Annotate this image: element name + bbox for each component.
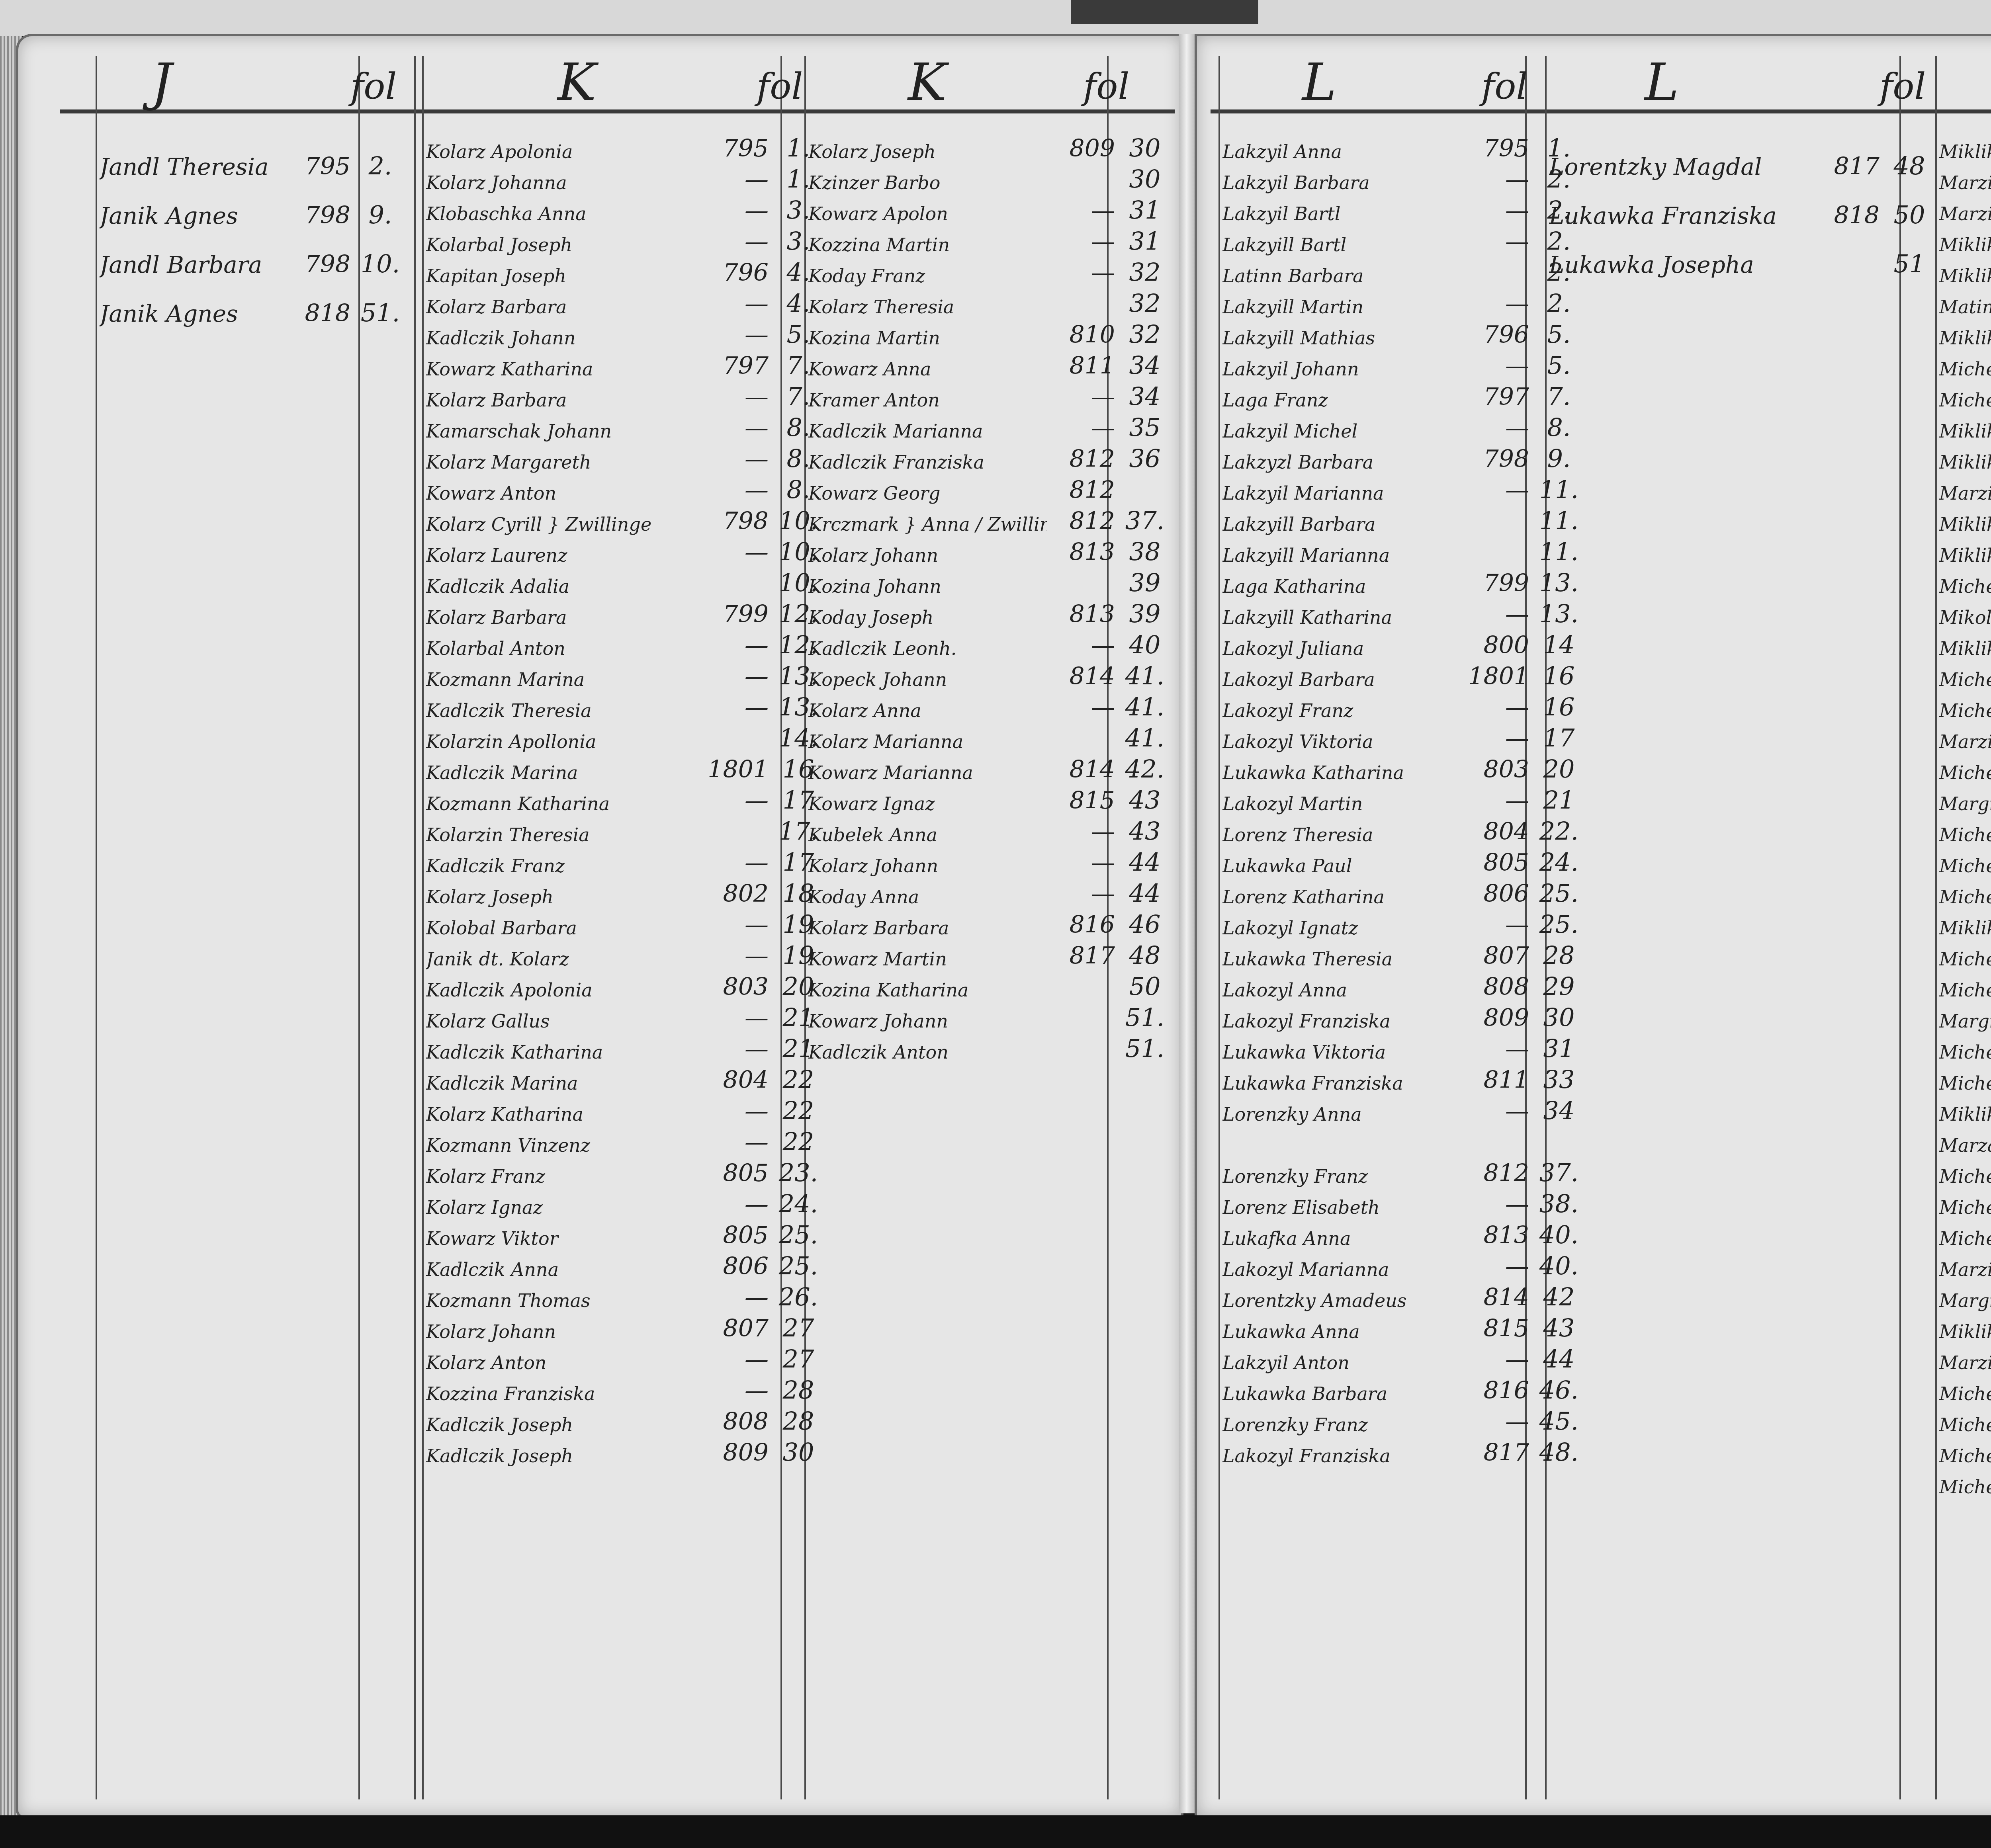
register-entry: Miklik Marina80422	[1939, 908, 1991, 939]
entry-folio: 38	[1115, 537, 1175, 566]
entry-folio: 41.	[1115, 692, 1175, 721]
entry-folio: 42	[1529, 1282, 1589, 1311]
entry-name: Kadlczik Apolonia	[426, 979, 701, 1001]
column-k1-entries: Kolarz Apolonia7951.Kolarz Johanna—1.Klo…	[426, 131, 828, 1467]
entry-name: Lukafka Anna	[1222, 1228, 1461, 1249]
entry-folio: 51.	[1115, 1003, 1175, 1032]
register-entry: Lukawka Theresia80728	[1222, 939, 1589, 970]
entry-folio: 44	[1529, 1344, 1589, 1373]
entry-year: 800	[1461, 631, 1529, 659]
register-entry: Lorenz Elisabeth—38.	[1222, 1187, 1589, 1218]
entry-year: —	[1047, 818, 1115, 846]
register-entry: Lorenz Theresia80422.	[1222, 815, 1589, 846]
entry-name: Lakzyil Bartl	[1222, 203, 1461, 225]
entry-folio: 11.	[1529, 537, 1589, 566]
entry-folio: 50	[1880, 200, 1939, 229]
entry-folio: 26.	[769, 1282, 828, 1311]
entry-year: —	[701, 414, 769, 442]
register-entry: Kolarz Johanna—1.	[426, 162, 828, 193]
entry-name: Michel Elisabeth	[1939, 700, 1991, 721]
column-letter-k: K	[557, 52, 596, 112]
entry-name: Lakozyl Juliana	[1222, 638, 1461, 659]
entry-year: —	[1461, 1035, 1529, 1063]
entry-name: Kolarz Johanna	[426, 172, 701, 193]
register-entry: Lakzyill Katharina—13.	[1222, 597, 1589, 628]
entry-name: Kolarz Katharina	[426, 1104, 701, 1125]
entry-name: Margischalek Rosina	[1939, 793, 1991, 815]
entry-name: Michel Johann	[1939, 886, 1991, 908]
entry-name: Lukawka Viktoria	[1222, 1041, 1461, 1063]
register-entry: Kadlczik Adalia10.	[426, 566, 828, 597]
entry-year: 796	[1461, 321, 1529, 349]
entry-year: 814	[1461, 1283, 1529, 1311]
entry-name: Kolarz Cyrill } Zwillinge	[426, 514, 701, 535]
entry-folio: 43	[1115, 817, 1175, 846]
register-entry: Michel Johann—32	[1939, 1467, 1991, 1498]
entry-name: Lorenzky Anna	[1222, 1104, 1461, 1125]
book-top-edge	[0, 0, 1991, 36]
entry-year: 809	[701, 1439, 769, 1467]
entry-name: Kolarbal Joseph	[426, 234, 701, 256]
entry-name: Kowarz Georg	[808, 483, 1047, 504]
entry-folio: 25.	[769, 1220, 828, 1249]
entry-year: 814	[1047, 662, 1115, 690]
register-entry: Michel Anna—24.	[1939, 1156, 1991, 1187]
entry-year: 809	[1461, 1004, 1529, 1032]
fol-label: fol	[757, 66, 803, 107]
entry-folio: 24.	[1529, 848, 1589, 877]
entry-name: Laga Katharina	[1222, 576, 1461, 597]
column-l2-entries: Lorentzky Magdal81748Lukawka Franziska81…	[1549, 131, 1939, 278]
entry-year: 796	[701, 259, 769, 287]
entry-name: Kowarz Viktor	[426, 1228, 701, 1249]
entry-name: Michel Barbara	[1939, 1228, 1991, 1249]
entry-folio: 9.	[1529, 444, 1589, 473]
register-entry: Kolarz Margareth—8.	[426, 442, 828, 473]
register-entry: Kolarz Katharina—22	[426, 1094, 828, 1125]
entry-year: 816	[1461, 1377, 1529, 1405]
register-entry: Lorenzky Franz81237.	[1222, 1156, 1589, 1187]
entry-folio: 30	[769, 1438, 828, 1467]
entry-name: Kadlczik Johann	[426, 327, 701, 349]
entry-year: 812	[1047, 507, 1115, 535]
entry-name: Kolarz Gallus	[426, 1010, 701, 1032]
register-entry: Margischalek Martin—23	[1939, 1001, 1991, 1032]
register-entry: Kowarz Apolon—31	[808, 193, 1175, 225]
register-entry	[1222, 1125, 1589, 1156]
entry-year: 798	[283, 201, 350, 229]
entry-name: Kolarz Franz	[426, 1166, 701, 1187]
entry-folio: 45.	[1529, 1407, 1589, 1436]
entry-name: Lukawka Anna	[1222, 1321, 1461, 1342]
entry-year: —	[701, 476, 769, 504]
entry-year: —	[701, 1035, 769, 1063]
register-entry: Kramer Anton—34	[808, 380, 1175, 411]
entry-year: —	[1461, 476, 1529, 504]
entry-folio: 28	[769, 1407, 828, 1436]
entry-year: —	[1461, 414, 1529, 442]
register-entry: Miklik Martin—10	[1939, 442, 1991, 473]
register-entry: Janik Agnes81851.	[100, 278, 410, 327]
entry-name: Koday Franz	[808, 265, 1047, 287]
entry-name: Kadlczik Anna	[426, 1259, 701, 1280]
entry-folio: 44	[1115, 879, 1175, 908]
entry-name: Lorentzky Amadeus	[1222, 1290, 1461, 1311]
register-entry: Michel Mathias—19	[1939, 815, 1991, 846]
entry-name: Jandl Barbara	[100, 251, 283, 278]
register-entry: Kowarz Georg812	[808, 473, 1175, 504]
entry-folio: 2.	[350, 151, 410, 180]
entry-folio: 33	[1529, 1065, 1589, 1094]
register-entry: Michel Martin—17	[1939, 659, 1991, 690]
register-entry: Lorentzky Magdal81748	[1549, 131, 1939, 180]
entry-folio: 48	[1115, 941, 1175, 970]
entry-name: Lakozyl Barbara	[1222, 669, 1461, 690]
entry-year: —	[1047, 693, 1115, 721]
register-entry: Kowarz Anton—8.	[426, 473, 828, 504]
entry-name: Kadlczik Franziska	[808, 451, 1047, 473]
entry-year: 811	[1461, 1066, 1529, 1094]
register-entry: Lorenz Katharina80625.	[1222, 877, 1589, 908]
entry-name: Janik Agnes	[100, 300, 283, 327]
entry-name: Lakzyill Marianna	[1222, 545, 1461, 566]
entry-folio: 2.	[1529, 289, 1589, 318]
entry-name: Kozina Katharina	[808, 979, 1047, 1001]
register-entry: Koday Anna—44	[808, 877, 1175, 908]
register-entry: Marzik Katharina—11.	[1939, 473, 1991, 504]
register-entry: Kadlczik Katharina—21	[426, 1032, 828, 1063]
entry-name: Lakzyil Anna	[1222, 141, 1461, 162]
entry-year: —	[1461, 197, 1529, 225]
entry-name: Lakozyl Marianna	[1222, 1259, 1461, 1280]
entry-year: 799	[701, 600, 769, 628]
entry-year: 813	[1047, 538, 1115, 566]
entry-year: 818	[1812, 201, 1880, 229]
register-entry: Kolarz Johann—44	[808, 846, 1175, 877]
entry-name: Marzik Katharina	[1939, 483, 1991, 504]
book-spine-clasp	[1071, 0, 1258, 24]
entry-folio: 16	[1529, 661, 1589, 690]
entry-folio: 43	[1529, 1313, 1589, 1342]
register-entry: Lakozyl Franziska81748.	[1222, 1436, 1589, 1467]
entry-year: 1801	[1461, 662, 1529, 690]
column-letter-j: J	[151, 52, 172, 112]
register-entry: Kolarz Anna—41.	[808, 690, 1175, 721]
register-entry: Kozmann Vinzenz—22	[426, 1125, 828, 1156]
entry-name: Kolarz Barbara	[808, 917, 1047, 939]
register-entry: Koday Joseph81339	[808, 597, 1175, 628]
register-entry: Lakzyill Mathias7965.	[1222, 318, 1589, 349]
entry-folio: 28	[1529, 941, 1589, 970]
entry-name: Lakzyill Bartl	[1222, 234, 1461, 256]
register-entry: Kolarz Joseph80930	[808, 131, 1175, 162]
entry-year: 812	[1461, 1159, 1529, 1187]
entry-folio: 48.	[1529, 1438, 1589, 1467]
fol-label: fol	[1880, 66, 1926, 107]
entry-name: Miklik Theresia	[1939, 514, 1991, 535]
register-entry: Lorenzky Franz—45.	[1222, 1405, 1589, 1436]
entry-name: Lorenzky Franz	[1222, 1166, 1461, 1187]
entry-year: —	[1461, 290, 1529, 318]
column-m-entries: Miklik Apolonia7951.Marzik Franziska—2.M…	[1939, 131, 1991, 1498]
entry-name: Kolarz Johann	[808, 545, 1047, 566]
column-divider	[414, 56, 416, 1799]
entry-name: Kamarschak Johann	[426, 420, 701, 442]
register-entry: Lorentzky Amadeus81442	[1222, 1280, 1589, 1311]
entry-year: —	[1047, 197, 1115, 225]
entry-name: Lakozyl Franziska	[1222, 1445, 1461, 1467]
entry-folio: 35	[1115, 413, 1175, 442]
register-entry: Lakzyil Johann—5.	[1222, 349, 1589, 380]
register-entry: Kolarz Gallus—21	[426, 1001, 828, 1032]
entry-name: Janik Agnes	[100, 202, 283, 229]
register-entry: Kolarz Theresia32	[808, 287, 1175, 318]
register-entry: Michel Magdalena—22	[1939, 939, 1991, 970]
entry-folio: 25.	[769, 1251, 828, 1280]
entry-folio: 40	[1115, 630, 1175, 659]
entry-year: —	[1461, 787, 1529, 815]
entry-folio: 17	[1529, 723, 1589, 752]
scan-background	[0, 1815, 1991, 1848]
register-entry: Miklik Joseph—4.	[1939, 256, 1991, 287]
register-entry: Kadlczik Anton51.	[808, 1032, 1175, 1063]
entry-name: Kolarz Johann	[426, 1321, 701, 1342]
entry-year: —	[701, 383, 769, 411]
entry-name: Lorenz Elisabeth	[1222, 1197, 1461, 1218]
entry-year: —	[1461, 352, 1529, 380]
entry-folio: 37.	[1115, 506, 1175, 535]
entry-name: Kowarz Johann	[808, 1010, 1047, 1032]
register-entry: Kadlczik Marianna—35	[808, 411, 1175, 442]
entry-name: Marzik Anton	[1939, 1352, 1991, 1373]
entry-year: 811	[1047, 352, 1115, 380]
entry-name: Kolarz Joseph	[808, 141, 1047, 162]
entry-name: Kolarz Joseph	[426, 886, 701, 908]
entry-name: Kowarz Anton	[426, 483, 701, 504]
entry-name: Kolarz Barbara	[426, 389, 701, 411]
entry-name: Miklik Apolonia	[1939, 141, 1991, 162]
entry-name: Kzinzer Barbo	[808, 172, 1047, 193]
register-entry: Kolarzin Theresia17.	[426, 815, 828, 846]
register-entry: Janik Agnes7989.	[100, 180, 410, 229]
entry-year: —	[701, 631, 769, 659]
entry-name: Lakozyl Anna	[1222, 979, 1461, 1001]
entry-name: Lukawka Theresia	[1222, 948, 1461, 970]
entry-name: Kolarz Ignaz	[426, 1197, 701, 1218]
entry-folio: 29	[1529, 972, 1589, 1001]
entry-folio: 10.	[350, 249, 410, 278]
entry-name: Michelin Franziska	[1939, 389, 1991, 411]
entry-year: 818	[283, 299, 350, 327]
entry-year: —	[701, 693, 769, 721]
entry-name: Jandl Theresia	[100, 153, 283, 180]
entry-folio: 42.	[1115, 754, 1175, 783]
entry-year: 806	[701, 1252, 769, 1280]
register-entry: Kolarz Barbara81646	[808, 908, 1175, 939]
entry-year: —	[701, 1128, 769, 1156]
entry-name: Kolobal Barbara	[426, 917, 701, 939]
entry-name: Miklik Anna	[1939, 420, 1991, 442]
entry-year: —	[701, 228, 769, 256]
register-entry: Kozina Katharina50	[808, 970, 1175, 1001]
entry-name: Lakzyil Barbara	[1222, 172, 1461, 193]
entry-year: 797	[701, 352, 769, 380]
register-entry: Miklik Anna79810.	[1939, 411, 1991, 442]
register-entry: Kolarz Apolonia7951.	[426, 131, 828, 162]
entry-folio: 37.	[1529, 1158, 1589, 1187]
column-divider	[422, 56, 424, 1799]
column-divider	[1218, 56, 1220, 1799]
entry-year: 817	[1461, 1439, 1529, 1467]
register-entry: Michelin Franziska—9.	[1939, 380, 1991, 411]
entry-year: 812	[1047, 476, 1115, 504]
entry-year: 803	[1461, 756, 1529, 783]
register-entry: Michel Elisabetha—24.	[1939, 1187, 1991, 1218]
register-entry: Lakozyl Ignatz—25.	[1222, 908, 1589, 939]
entry-folio: 43	[1115, 785, 1175, 815]
entry-year: —	[1461, 693, 1529, 721]
register-entry: Lakzyil Bartl—2.	[1222, 193, 1589, 225]
entry-folio: 40.	[1529, 1251, 1589, 1280]
entry-name: Kozzina Franziska	[426, 1383, 701, 1405]
entry-year: —	[701, 911, 769, 939]
entry-year: —	[701, 1283, 769, 1311]
register-entry: Lakozyl Viktoria—17	[1222, 721, 1589, 752]
register-entry: Lakzyzl Barbara7989.	[1222, 442, 1589, 473]
entry-year: 804	[1461, 818, 1529, 846]
register-entry: Janik dt. Kolarz—19	[426, 939, 828, 970]
entry-folio: 44	[1115, 848, 1175, 877]
register-entry: Lukawka Katharina80320	[1222, 752, 1589, 783]
entry-year: 813	[1047, 600, 1115, 628]
entry-name: Miklik Martin	[1939, 451, 1991, 473]
entry-name: Miklik Viktoria	[1939, 234, 1991, 256]
entry-name: Kadlczik Joseph	[426, 1445, 701, 1467]
entry-name: Kadlczik Marianna	[808, 420, 1047, 442]
entry-name: Michel Franz	[1939, 358, 1991, 380]
register-entry: Lorenzky Anna—34	[1222, 1094, 1589, 1125]
entry-name: Miklik Franziska	[1939, 1321, 1991, 1342]
entry-year: 795	[283, 152, 350, 180]
entry-folio: 41.	[1115, 661, 1175, 690]
entry-folio: 9.	[350, 200, 410, 229]
register-entry: Latinn Barbara2.	[1222, 256, 1589, 287]
entry-year: —	[701, 445, 769, 473]
register-entry: Kadlczik Franz—17	[426, 846, 828, 877]
register-entry: Laga Katharina79913.	[1222, 566, 1589, 597]
entry-year: —	[1461, 1408, 1529, 1436]
register-entry: Michel Franziska80523.	[1939, 1063, 1991, 1094]
entry-name: Kadlczik Theresia	[426, 700, 701, 721]
entry-name: Kopeck Johann	[808, 669, 1047, 690]
entry-name: Kramer Anton	[808, 389, 1047, 411]
register-entry: Kadlczik Franziska81236	[808, 442, 1175, 473]
register-entry: Kolarz Joseph80218	[426, 877, 828, 908]
entry-name: Michel Elisabeth	[1939, 1041, 1991, 1063]
entry-year: —	[1047, 259, 1115, 287]
column-l1-entries: Lakzyil Anna7951.Lakzyil Barbara—2.Lakzy…	[1222, 131, 1589, 1467]
register-entry: Lakozyl Franz—16	[1222, 690, 1589, 721]
register-entry: Michel Elisabeth—23	[1939, 1032, 1991, 1063]
entry-name: Matinna Bernard	[1939, 296, 1991, 318]
register-entry: Kubelek Anna—43	[808, 815, 1175, 846]
entry-folio: 32	[1115, 320, 1175, 349]
entry-name: Michel Barbara	[1939, 762, 1991, 783]
entry-name: Lakzyil Anton	[1222, 1352, 1461, 1373]
entry-name: Miklik Marina	[1939, 917, 1991, 939]
column-k2-entries: Kolarz Joseph80930Kzinzer Barbo30Kowarz …	[808, 131, 1175, 1063]
entry-year: —	[1047, 414, 1115, 442]
register-entry: Lakozyl Franziska80930	[1222, 1001, 1589, 1032]
entry-name: Marzan Rosalia	[1939, 1135, 1991, 1156]
entry-name: Michel Mathias	[1939, 824, 1991, 846]
entry-folio: 31	[1115, 227, 1175, 256]
entry-name: Kadlczik Anton	[808, 1041, 1047, 1063]
entry-name: Michel Theresia	[1939, 855, 1991, 877]
entry-name: Lakzyill Martin	[1222, 296, 1461, 318]
register-entry: Michel Barbara180218	[1939, 752, 1991, 783]
entry-name: Lakzyill Mathias	[1222, 327, 1461, 349]
register-entry: Kozmann Thomas—26.	[426, 1280, 828, 1311]
fol-label: fol	[1481, 66, 1527, 107]
register-entry: Michel Franz7977.	[1939, 349, 1991, 380]
entry-name: Koday Joseph	[808, 607, 1047, 628]
entry-name: Marzik Franziska	[1939, 172, 1991, 193]
register-entry: Miklik Viktoria7964.	[1939, 225, 1991, 256]
entry-year: —	[701, 1377, 769, 1405]
register-entry: Klobaschka Anna—3.	[426, 193, 828, 225]
entry-folio: 25.	[1529, 910, 1589, 939]
entry-folio: 5.	[1529, 320, 1589, 349]
register-entry: Lakozyl Anna80829	[1222, 970, 1589, 1001]
register-entry: Michel Jakob—22	[1939, 970, 1991, 1001]
register-entry: Kolarz Barbara79912.	[426, 597, 828, 628]
entry-name: Margischalek Martin	[1939, 1010, 1991, 1032]
entry-name: Kowarz Ignaz	[808, 793, 1047, 815]
entry-folio: 38.	[1529, 1189, 1589, 1218]
entry-folio: 39	[1115, 599, 1175, 628]
entry-name: Lukawka Franziska	[1222, 1072, 1461, 1094]
entry-folio: 21	[1529, 785, 1589, 815]
entry-name: Kozina Martin	[808, 327, 1047, 349]
entry-name: Klobaschka Anna	[426, 203, 701, 225]
register-entry: Kowarz Viktor80525.	[426, 1218, 828, 1249]
entry-folio: 13.	[1529, 568, 1589, 597]
entry-folio: 51	[1880, 249, 1939, 278]
entry-year: 795	[1461, 135, 1529, 162]
entry-name: Lakozyl Franziska	[1222, 1010, 1461, 1032]
register-entry: Lakzyill Marianna11.	[1222, 535, 1589, 566]
entry-folio: 51.	[1115, 1034, 1175, 1063]
register-entry: Marzik Johann—3.	[1939, 193, 1991, 225]
column-letter-k: K	[908, 52, 947, 112]
entry-folio: 34	[1115, 382, 1175, 411]
entry-folio: 7.	[1529, 382, 1589, 411]
entry-folio: 22.	[1529, 817, 1589, 846]
entry-name: Kolarz Barbara	[426, 607, 701, 628]
entry-name: Lakozyl Viktoria	[1222, 731, 1461, 752]
register-entry: Lakzyil Anna7951.	[1222, 131, 1589, 162]
entry-folio: 11.	[1529, 475, 1589, 504]
entry-folio: 32	[1115, 258, 1175, 287]
entry-year: 798	[1461, 445, 1529, 473]
entry-year: 1801	[701, 756, 769, 783]
entry-year: 804	[701, 1066, 769, 1094]
register-entry: Kolarz Laurenz—10.	[426, 535, 828, 566]
entry-name: Kowarz Anna	[808, 358, 1047, 380]
register-entry: Kowarz Ignaz81543	[808, 783, 1175, 815]
entry-year: —	[701, 166, 769, 193]
